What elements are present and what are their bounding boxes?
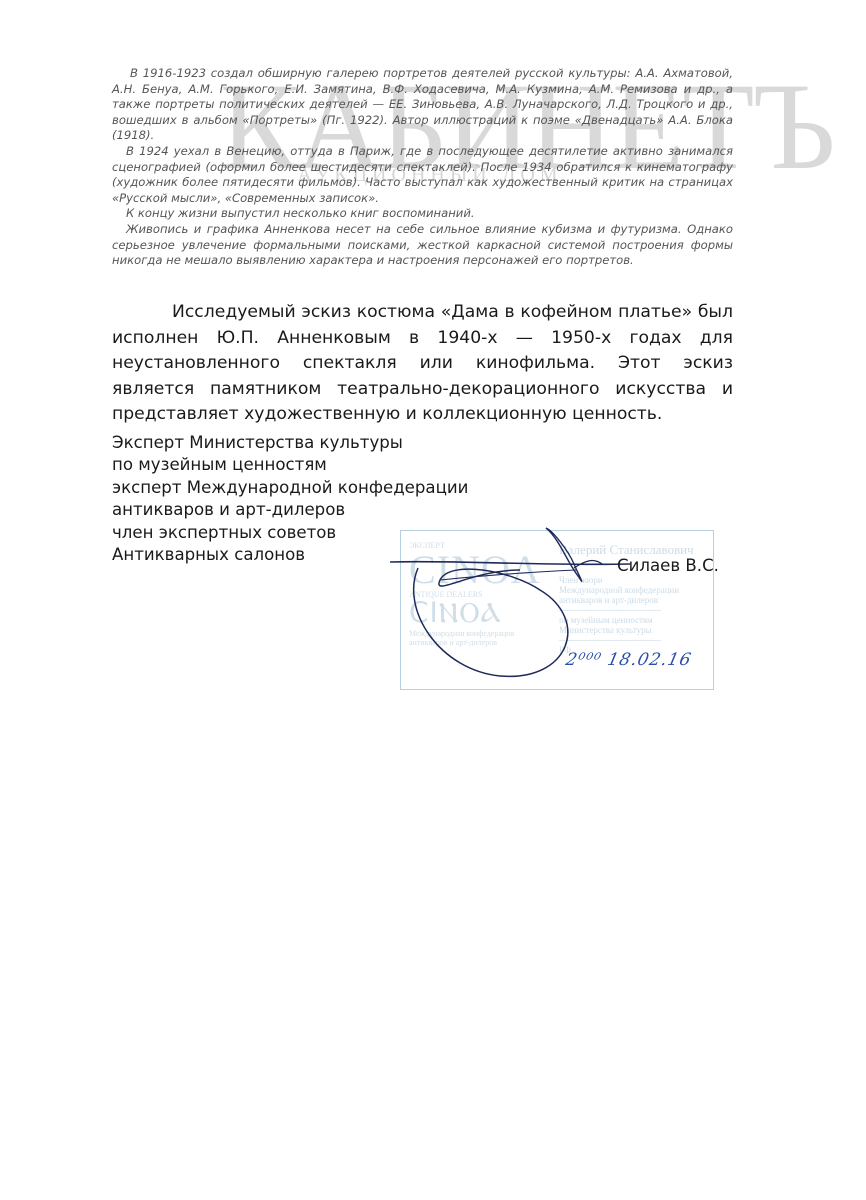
credential-line: Эксперт Министерства культуры: [112, 432, 468, 454]
document-page: КАБИНЕТЪ АУКЦИОННЫЙ ДОМ В 1916-1923 созд…: [0, 0, 866, 1200]
credential-line: по музейным ценностям: [112, 454, 468, 476]
credential-line: антикваров и арт-дилеров: [112, 499, 468, 521]
bio-paragraph: В 1924 уехал в Венецию, оттуда в Париж, …: [112, 144, 733, 206]
bio-paragraph: К концу жизни выпустил несколько книг во…: [112, 206, 733, 222]
bio-paragraph: В 1916-1923 создал обширную галерею порт…: [112, 66, 733, 144]
bio-paragraph: Живопись и графика Анненкова несет на се…: [112, 222, 733, 269]
handwritten-date: 2⁰⁰⁰ 18.02.16: [564, 650, 694, 670]
expert-conclusion: Исследуемый эскиз костюма «Дама в кофейн…: [112, 300, 733, 428]
artist-biography: В 1916-1923 создал обширную галерею порт…: [112, 66, 733, 269]
handwritten-signature: [380, 520, 640, 700]
credential-line: эксперт Международной конфедерации: [112, 477, 468, 499]
conclusion-text: Исследуемый эскиз костюма «Дама в кофейн…: [112, 300, 733, 428]
signer-name: Силаев В.С.: [617, 556, 719, 575]
